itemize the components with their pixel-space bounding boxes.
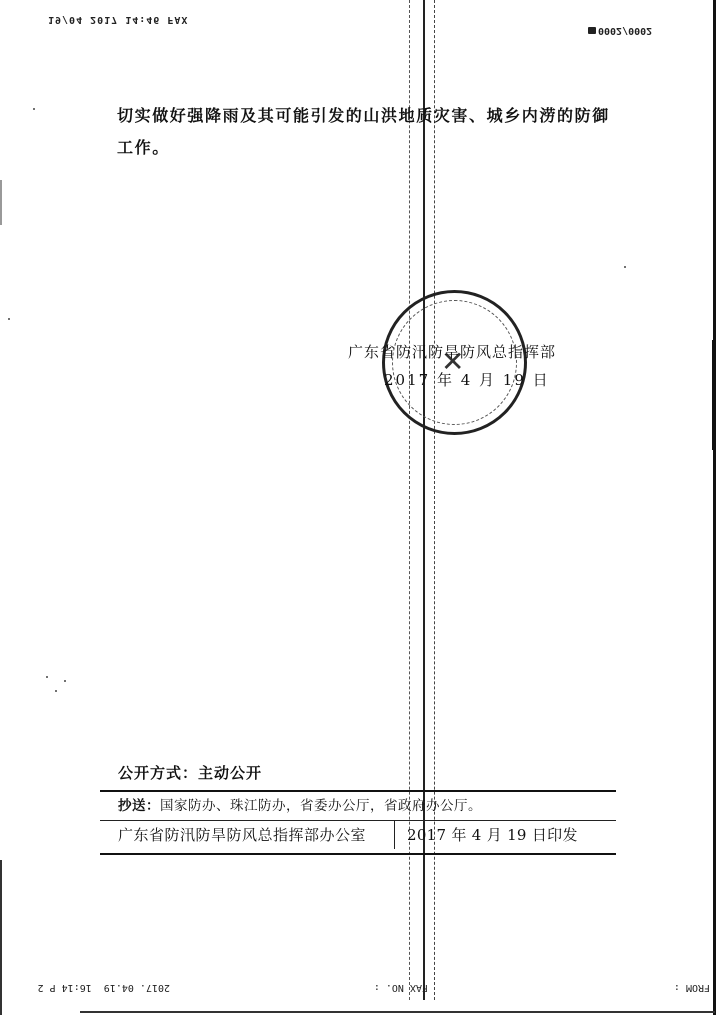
signature-block: 广东省防汛防旱防风总指挥部 2017 年 4 月 19 日 (348, 338, 588, 394)
signature-organization: 广东省防汛防旱防风总指挥部 (348, 338, 588, 366)
cc-label: 抄送： (118, 798, 160, 814)
fax-footer: FROM : FAX NO. : 2017. 04.19 16:14 P 2 (0, 976, 718, 996)
footer-rule (100, 853, 616, 855)
fax-footer-from: FROM : (674, 982, 710, 993)
scan-bottom-edge (80, 1011, 715, 1013)
page-counter: 0002/0002 (588, 25, 652, 36)
scan-edge-left-faint (0, 180, 2, 225)
scan-speck (624, 266, 626, 268)
disclosure-row: 公开方式：主动公开 (100, 760, 616, 786)
scan-speck (55, 690, 57, 692)
signature-date: 2017 年 4 月 19 日 (348, 366, 588, 394)
issue-row: 广东省防汛防旱防风总指挥部办公室 2017 年 4 月 19 日印发 (100, 821, 616, 849)
fax-footer-timestamp: 2017. 04.19 16:14 P 2 (38, 982, 170, 993)
disclosure-value: 主动公开 (198, 764, 262, 782)
scan-speck (46, 676, 48, 678)
scan-speck (33, 108, 35, 110)
fax-footer-fax-no: FAX NO. : (374, 982, 428, 993)
cc-value: 国家防办、珠江防办，省委办公厅，省政府办公厅。 (160, 798, 482, 814)
body-paragraph: 切实做好强降雨及其可能引发的山洪地质灾害、城乡内涝的防御工作。 (117, 100, 615, 164)
issue-date: 2017 年 4 月 19 日印发 (395, 821, 578, 849)
disclosure-label: 公开方式： (118, 764, 198, 782)
fax-icon (588, 27, 596, 34)
scan-edge-right-thick (712, 340, 716, 450)
fax-page: 19/04 2017 14:46 FAX 0002/0002 切实做好强降雨及其… (0, 0, 718, 1015)
cc-row: 抄送：国家防办、珠江防办，省委办公厅，省政府办公厅。 (100, 792, 616, 820)
document-footer: 公开方式：主动公开 抄送：国家防办、珠江防办，省委办公厅，省政府办公厅。 广东省… (100, 760, 616, 855)
scan-speck (64, 680, 66, 682)
issuer: 广东省防汛防旱防风总指挥部办公室 (118, 821, 395, 849)
fax-header: 19/04 2017 14:46 FAX (48, 14, 188, 25)
scan-speck (8, 318, 10, 320)
page-counter-text: 0002/0002 (598, 25, 652, 36)
scan-edge-right (713, 0, 716, 1015)
